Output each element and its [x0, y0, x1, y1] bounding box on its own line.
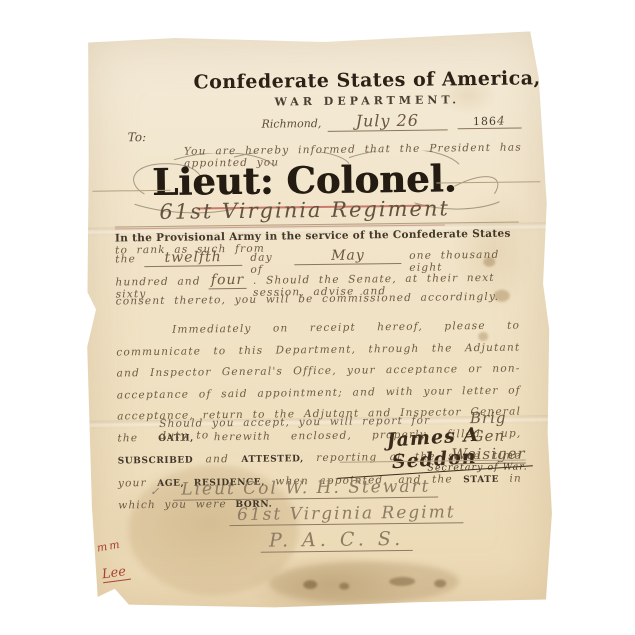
dateline: Richmond, July 26 1864: [261, 109, 551, 133]
check-marks: ✓: [150, 485, 165, 498]
handwritten-year-word: four: [211, 272, 245, 288]
red-annotation-1: mm: [96, 538, 123, 555]
salutation: To:: [128, 130, 147, 144]
addressee-name: Lieut Col W. H. Stewart: [173, 477, 438, 501]
handwritten-date: July 26: [356, 111, 420, 131]
addressee-army-line: P. A. C. S.: [257, 528, 417, 553]
year-printed: 186: [473, 115, 497, 128]
year-fill: 1864: [457, 114, 521, 130]
red-annotation-2: Lee: [101, 564, 131, 584]
handwritten-day: twelfth: [164, 249, 221, 266]
secretary-title: Secretary of War.: [356, 461, 528, 474]
addressee-name-line: ✓Lieut Col W. H. Stewart: [150, 477, 439, 502]
handwritten-month: May: [331, 247, 365, 263]
word-the: the: [115, 253, 136, 265]
stain: [269, 560, 459, 604]
month-fill: May: [295, 247, 402, 265]
department-heading: WAR DEPARTMENT.: [187, 92, 547, 109]
photo-background: Confederate States of America, WAR DEPAR…: [0, 0, 635, 635]
stain-dot: [339, 583, 349, 590]
regiment-line: 61st Virginia Regiment: [135, 196, 475, 224]
addressee-army: P. A. C. S.: [261, 528, 412, 553]
handwritten-year-digit: 4: [497, 114, 506, 128]
year-word-fill: four: [208, 272, 247, 289]
place-label: Richmond,: [262, 117, 322, 131]
state-term: STATE: [463, 474, 499, 484]
date-fill: July 26: [327, 110, 447, 131]
addressee-regiment: 61st Virginia Regimt: [229, 502, 464, 526]
day-fill: twelfth: [144, 249, 242, 267]
addressee-regiment-line: 61st Virginia Regimt: [226, 502, 466, 526]
document-paper: Confederate States of America, WAR DEPAR…: [83, 31, 554, 611]
document-title: Confederate States of America,: [187, 67, 547, 93]
